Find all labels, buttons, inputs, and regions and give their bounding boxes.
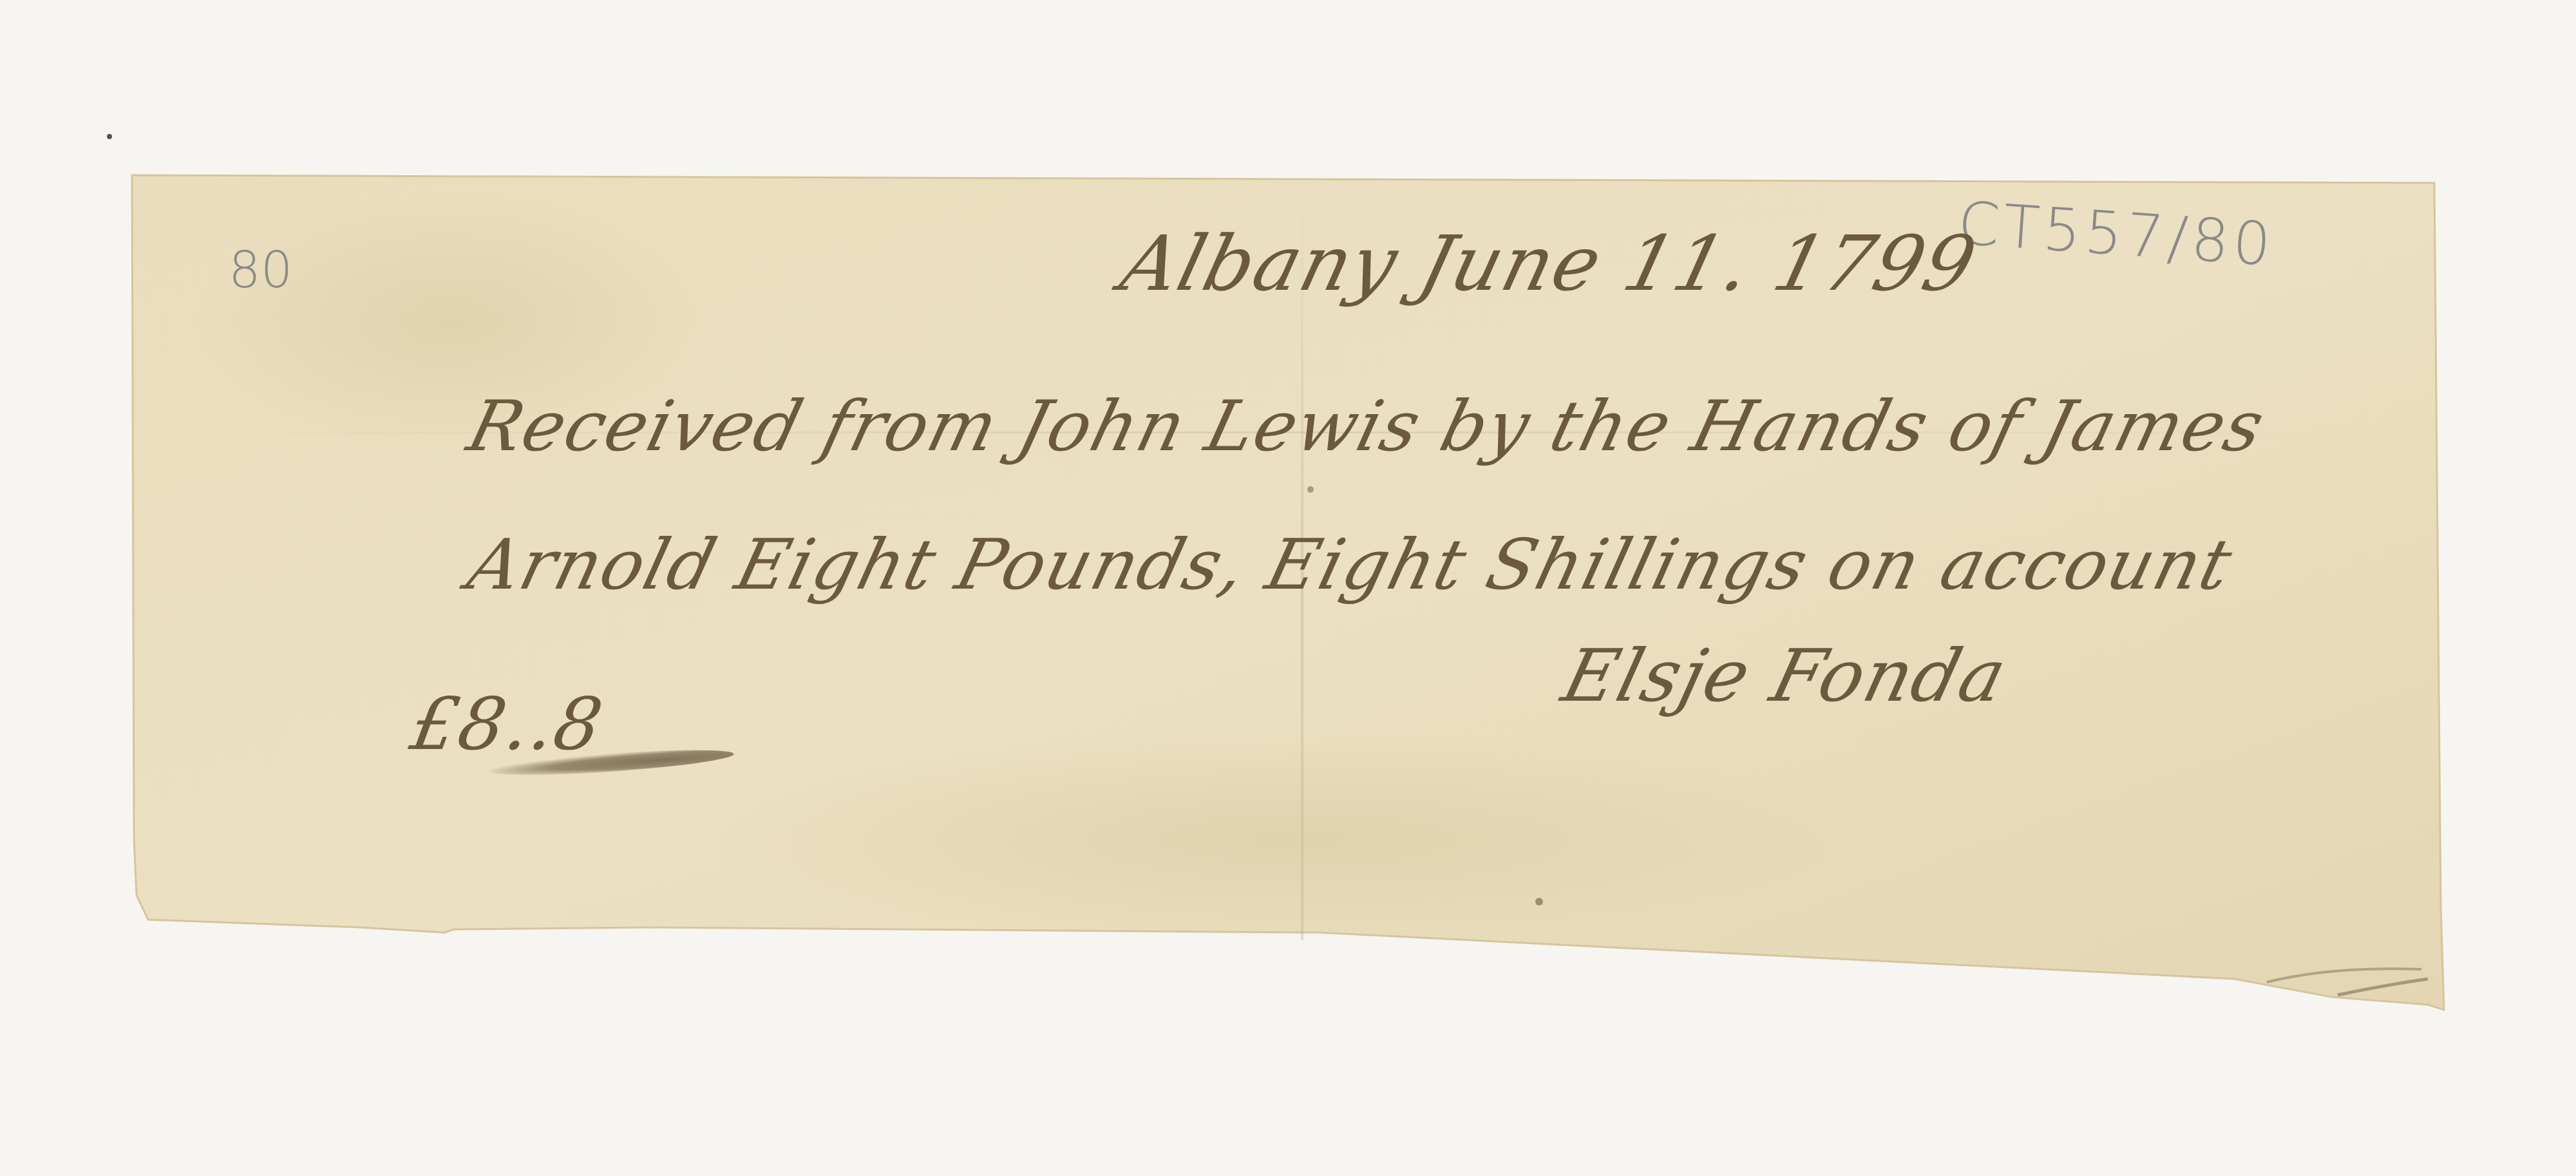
folio-number: 80 [229,242,292,299]
receipt-text-line-2: Arnold Eight Pounds, Eight Shillings on … [460,525,2240,605]
place-date-line: Albany June 11. 1799 [1113,219,1986,308]
scanned-document: 80 CT557/80 Albany June 11. 1799 Receive… [0,0,2576,1176]
amount: £8..8 [405,683,610,766]
signature: Elsje Fonda [1555,634,2016,718]
receipt-text-line-1: Received from John Lewis by the Hands of… [460,386,2273,467]
